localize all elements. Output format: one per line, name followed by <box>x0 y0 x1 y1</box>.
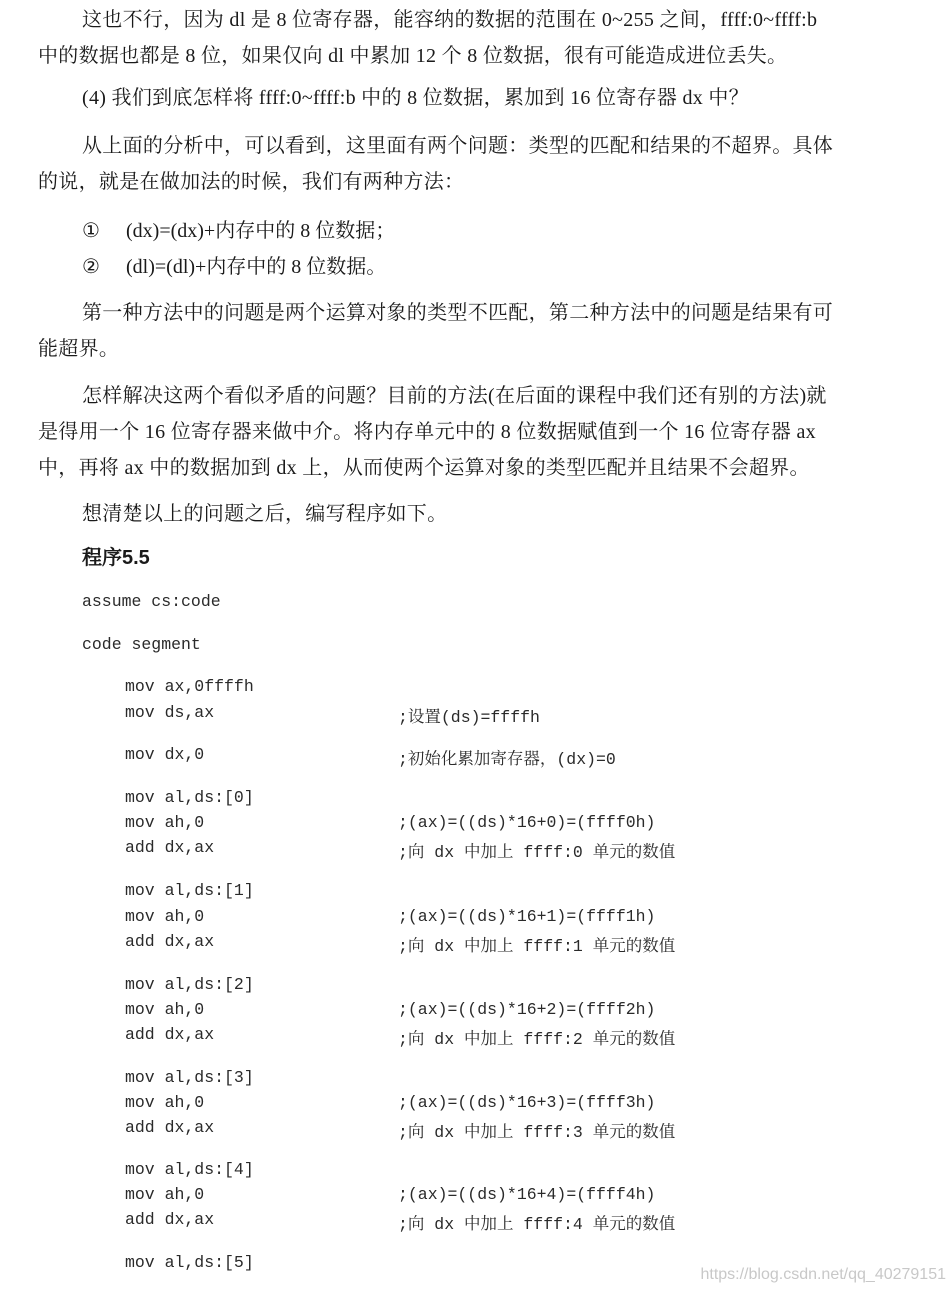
code-line: mov al,ds:[5] <box>125 1253 254 1272</box>
method-text: (dl)=(dl)+内存中的 8 位数据。 <box>126 256 386 278</box>
code-line: mov ah,0 <box>125 1093 204 1112</box>
method-text: (dx)=(dx)+内存中的 8 位数据； <box>126 220 395 242</box>
code-comment: ;(ax)=((ds)*16+0)=(ffff0h) <box>398 813 655 832</box>
method-2: ②(dl)=(dl)+内存中的 8 位数据。 <box>82 250 386 279</box>
code-comment: ;向 dx 中加上 ffff:4 单元的数值 <box>398 1210 675 1234</box>
code-comment: ;(ax)=((ds)*16+4)=(ffff4h) <box>398 1185 655 1204</box>
code-line: mov al,ds:[2] <box>125 975 254 994</box>
text-line: 想清楚以上的问题之后，编写程序如下。 <box>38 496 924 532</box>
watermark: https://blog.csdn.net/qq_40279151 <box>700 1266 946 1284</box>
text-line: 能超界。 <box>38 331 924 367</box>
code-comment: ;设置(ds)=ffffh <box>398 703 540 727</box>
code-line: mov al,ds:[3] <box>125 1068 254 1087</box>
text-line: (4) 我们到底怎样将 ffff:0~ffff:b 中的 8 位数据，累加到 1… <box>38 80 924 116</box>
code-line: add dx,ax <box>125 838 214 857</box>
method-1: ①(dx)=(dx)+内存中的 8 位数据； <box>82 214 395 243</box>
code-line: add dx,ax <box>125 1118 214 1137</box>
code-line: add dx,ax <box>125 1210 214 1229</box>
code-line: mov ah,0 <box>125 1000 204 1019</box>
code-comment: ;(ax)=((ds)*16+2)=(ffff2h) <box>398 1000 655 1019</box>
code-line: mov dx,0 <box>125 745 204 764</box>
code-line: mov ax,0ffffh <box>125 677 254 696</box>
code-line: mov ah,0 <box>125 1185 204 1204</box>
code-comment: ;向 dx 中加上 ffff:1 单元的数值 <box>398 932 675 956</box>
code-line: add dx,ax <box>125 1025 214 1044</box>
question-4: (4) 我们到底怎样将 ffff:0~ffff:b 中的 8 位数据，累加到 1… <box>38 80 924 116</box>
text-line: 从上面的分析中，可以看到，这里面有两个问题：类型的匹配和结果的不超界。具体 <box>38 128 924 164</box>
text-line: 是得用一个 16 位寄存器来做中介。将内存单元中的 8 位数据赋值到一个 16 … <box>38 414 924 450</box>
code-line: add dx,ax <box>125 932 214 951</box>
paragraph-intro-program: 想清楚以上的问题之后，编写程序如下。 <box>38 496 924 532</box>
code-line: mov al,ds:[0] <box>125 788 254 807</box>
code-line: mov al,ds:[1] <box>125 881 254 900</box>
text-line: 怎样解决这两个看似矛盾的问题？目前的方法(在后面的课程中我们还有别的方法)就 <box>38 378 924 414</box>
paragraph-analysis: 从上面的分析中，可以看到，这里面有两个问题：类型的匹配和结果的不超界。具体 的说… <box>38 128 924 200</box>
program-title: 程序5.5 <box>82 541 150 570</box>
text-line: 中的数据也都是 8 位，如果仅向 dl 中累加 12 个 8 位数据，很有可能造… <box>38 38 924 74</box>
circled-number-1: ① <box>82 218 126 243</box>
paragraph-solution: 怎样解决这两个看似矛盾的问题？目前的方法(在后面的课程中我们还有别的方法)就 是… <box>38 378 924 486</box>
code-comment: ;向 dx 中加上 ffff:2 单元的数值 <box>398 1025 675 1049</box>
code-line: mov ds,ax <box>125 703 214 722</box>
text-line: 第一种方法中的问题是两个运算对象的类型不匹配，第二种方法中的问题是结果有可 <box>38 295 924 331</box>
code-comment: ;向 dx 中加上 ffff:0 单元的数值 <box>398 838 675 862</box>
code-line: mov ah,0 <box>125 907 204 926</box>
code-comment: ;(ax)=((ds)*16+3)=(ffff3h) <box>398 1093 655 1112</box>
text-line: 这也不行，因为 dl 是 8 位寄存器，能容纳的数据的范围在 0~255 之间，… <box>38 2 924 38</box>
paragraph-problems: 第一种方法中的问题是两个运算对象的类型不匹配，第二种方法中的问题是结果有可 能超… <box>38 295 924 367</box>
paragraph-dl-overflow: 这也不行，因为 dl 是 8 位寄存器，能容纳的数据的范围在 0~255 之间，… <box>38 2 924 74</box>
code-line: assume cs:code <box>82 592 221 611</box>
code-comment: ;初始化累加寄存器，(dx)=0 <box>398 745 616 769</box>
code-line: mov al,ds:[4] <box>125 1160 254 1179</box>
code-line: mov ah,0 <box>125 813 204 832</box>
circled-number-2: ② <box>82 254 126 279</box>
text-line: 的说，就是在做加法的时候，我们有两种方法： <box>38 164 924 200</box>
code-comment: ;(ax)=((ds)*16+1)=(ffff1h) <box>398 907 655 926</box>
text-line: 中，再将 ax 中的数据加到 dx 上，从而使两个运算对象的类型匹配并且结果不会… <box>38 450 924 486</box>
code-comment: ;向 dx 中加上 ffff:3 单元的数值 <box>398 1118 675 1142</box>
code-line: code segment <box>82 635 201 654</box>
